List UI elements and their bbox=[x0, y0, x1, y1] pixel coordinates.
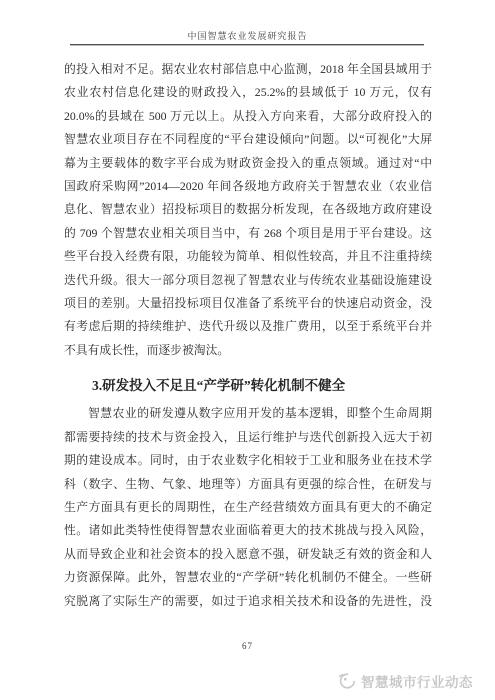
text-line: 力资源保障。此外，智慧农业的“产学研”转化机制仍不健全。一些研 bbox=[64, 566, 432, 589]
text-line: 的投入相对不足。据农业农村部信息中心监测，2018 年全国县域用于 bbox=[64, 58, 432, 81]
text-line: 些平台投入经费有限，功能较为简单、相似性较高，并且不注重持续 bbox=[64, 245, 432, 268]
document-page: 中国智慧农业发展研究报告 的投入相对不足。据农业农村部信息中心监测，2018 年… bbox=[0, 0, 495, 700]
text-line: 项目的差别。大量招投标项目仅准备了系统平台的快速启动资金，没 bbox=[64, 292, 432, 315]
text-line: 国政府采购网”2014—2020 年间各级地方政府关于智慧农业（农业信 bbox=[64, 175, 432, 198]
header-rule bbox=[70, 44, 424, 46]
text-line: 性。诸如此类特性使得智慧农业面临着更大的技术挑战与投入风险， bbox=[64, 519, 432, 542]
watermark-label: 智慧城市行业动态 bbox=[361, 671, 473, 691]
text-line: 都需要持续的技术与资金投入，且运行维护与迭代创新投入远大于初 bbox=[64, 426, 432, 449]
text-line: 究脱离了实际生产的需要，如过于追求相关技术和设备的先进性，没 bbox=[64, 590, 432, 613]
text-line: 智慧农业的研发遵从数字应用开发的基本逻辑，即整个生命周期 bbox=[64, 402, 432, 425]
text-line: 息化、智慧农业）招投标项目的数据分析发现，在各级地方政府建设 bbox=[64, 198, 432, 221]
text-line: 20.0%的县域在 500 万元以上。从投入方向来看，大部分政府投入的 bbox=[64, 105, 432, 128]
text-line: 从而导致企业和社会资本的投入愿意不强，研发缺乏有效的资金和人 bbox=[64, 543, 432, 566]
watermark-logo-icon bbox=[337, 672, 357, 690]
paragraph-2: 智慧农业的研发遵从数字应用开发的基本逻辑，即整个生命周期都需要持续的技术与资金投… bbox=[64, 402, 432, 613]
text-line: 不具有成长性，而逐步被淘汰。 bbox=[64, 339, 432, 362]
section-heading: 3.研发投入不足且“产学研”转化机制不健全 bbox=[64, 374, 432, 398]
watermark: 智慧城市行业动态 bbox=[337, 671, 473, 691]
page-number: 67 bbox=[0, 641, 495, 651]
paragraph-1: 的投入相对不足。据农业农村部信息中心监测，2018 年全国县域用于农业农村信息化… bbox=[64, 58, 432, 362]
text-line: 农业农村信息化建设的财政投入，25.2%的县域低于 10 万元，仅有 bbox=[64, 81, 432, 104]
page-body: 的投入相对不足。据农业农村部信息中心监测，2018 年全国县域用于农业农村信息化… bbox=[64, 58, 432, 613]
running-header-title: 中国智慧农业发展研究报告 bbox=[0, 29, 495, 42]
text-line: 期的建设成本。同时，由于农业数字化相较于工业和服务业在技术学 bbox=[64, 449, 432, 472]
text-line: 幕为主要载体的数字平台成为财政资金投入的重点领域。通过对“中 bbox=[64, 152, 432, 175]
text-line: 科（数字、生物、气象、地理等）方面具有更强的综合性，在研发与 bbox=[64, 473, 432, 496]
text-line: 迭代升级。很大一部分项目忽视了智慧农业与传统农业基础设施建设 bbox=[64, 269, 432, 292]
text-line: 有考虑后期的持续维护、迭代升级以及推广费用，以至于系统平台并 bbox=[64, 315, 432, 338]
text-line: 生产方面具有更长的周期性，在生产经营绩效方面具有更大的不确定 bbox=[64, 496, 432, 519]
text-line: 智慧农业项目存在不同程度的“平台建设倾向”问题。以“可视化”大屏 bbox=[64, 128, 432, 151]
text-line: 的 709 个智慧农业相关项目当中，有 268 个项目是用于平台建设。这 bbox=[64, 222, 432, 245]
